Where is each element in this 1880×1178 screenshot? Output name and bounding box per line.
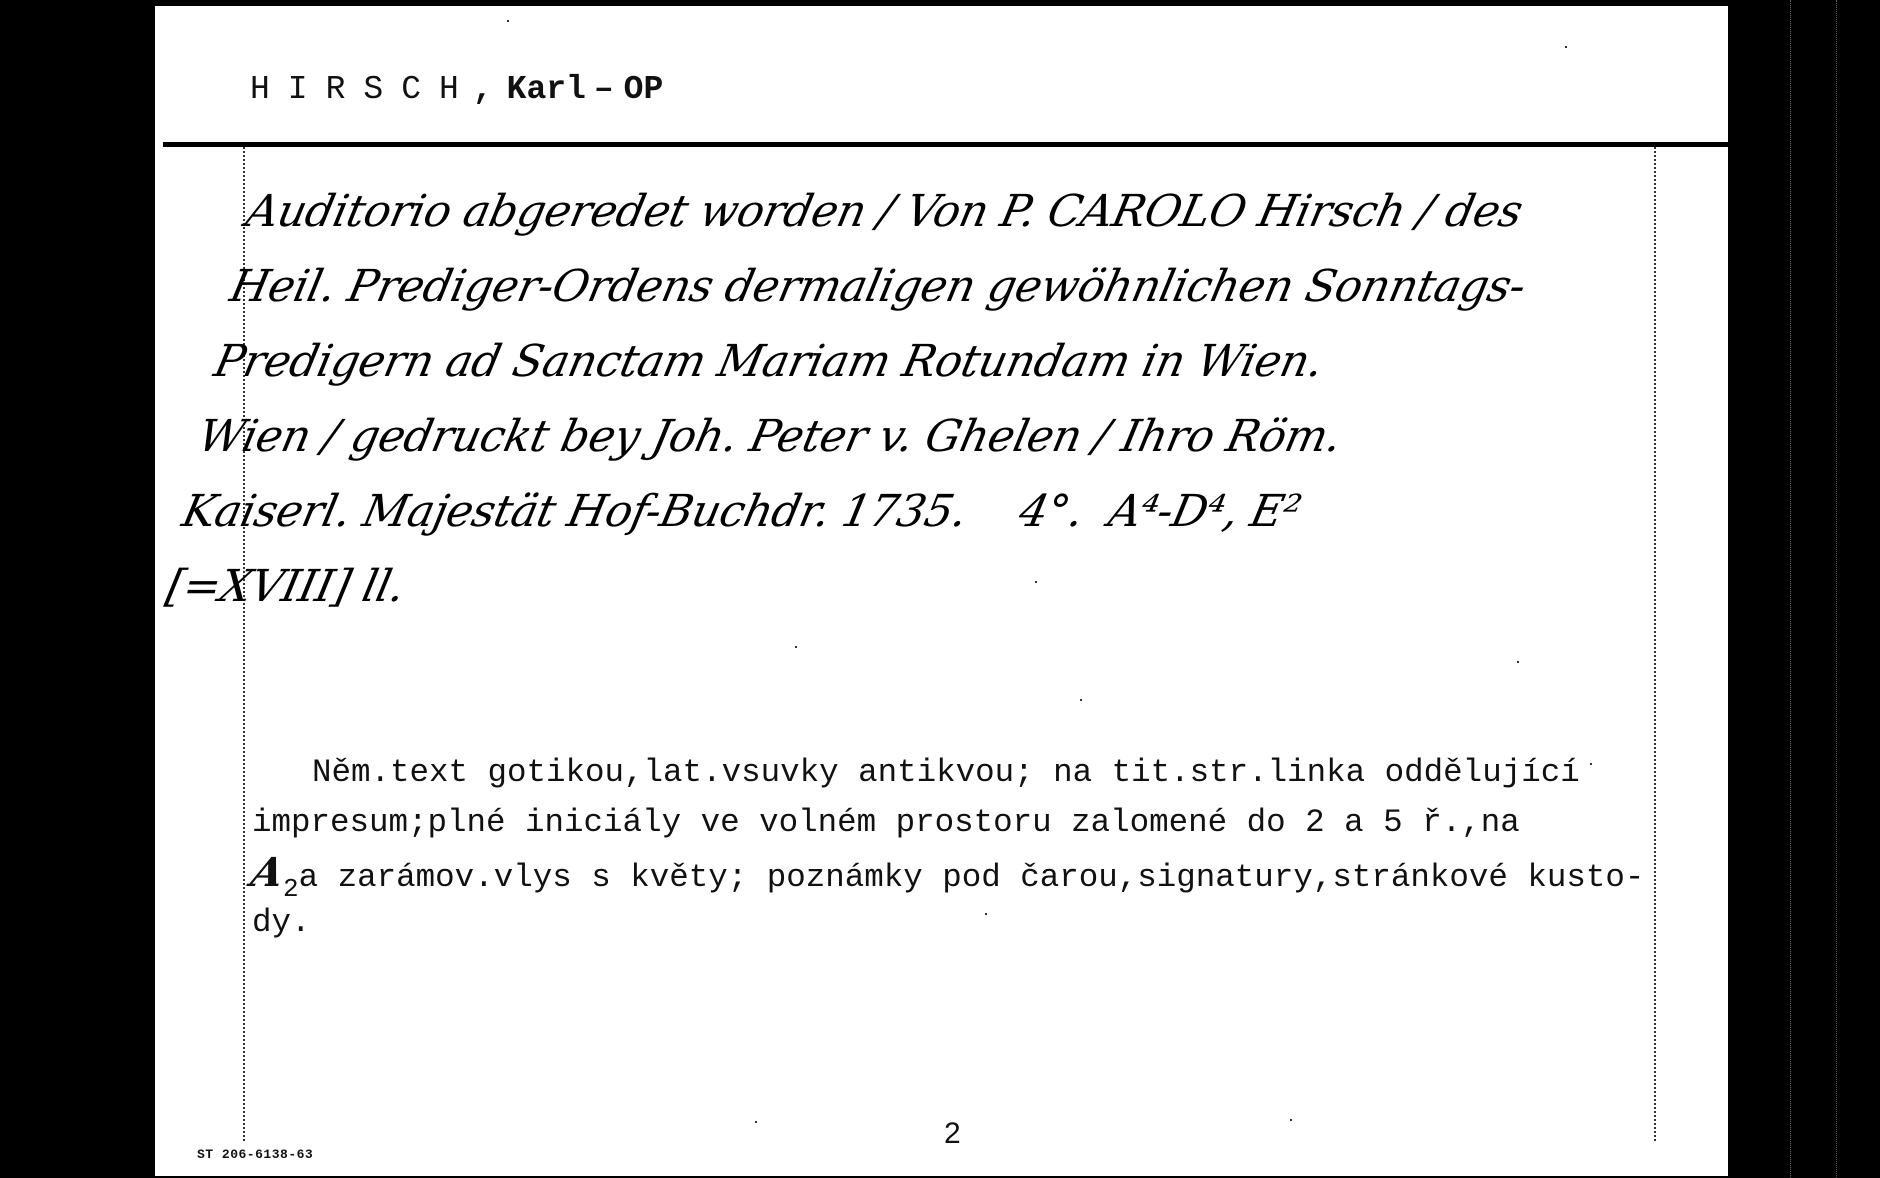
handwritten-line: Predigern ad Sanctam Mariam Rotundam in … <box>207 324 1643 399</box>
scan-speck <box>1290 1119 1292 1121</box>
handwritten-line: Heil. Prediger-Ordens dermaligen gewöhnl… <box>223 249 1659 324</box>
handwritten-title-transcription: Auditorio abgeredet worden / Von P. CARO… <box>159 174 1675 624</box>
handwritten-line: [=XVIII] ll. <box>159 549 1595 624</box>
handwritten-line: Kaiserl. Majestät Hof-Buchdr. 1735. <box>178 486 972 537</box>
scan-speck <box>1080 699 1082 701</box>
right-margin-line <box>1654 147 1656 1141</box>
handwritten-line: Wien / gedruckt bey Joh. Peter v. Ghelen… <box>191 399 1627 474</box>
scan-speck <box>985 913 987 915</box>
religious-order: OP <box>624 71 664 108</box>
form-code: ST 206-6138-63 <box>197 1147 313 1162</box>
heading-divider <box>163 142 1728 147</box>
heading-dash: – <box>594 70 614 110</box>
author-given-name: Karl <box>507 71 586 108</box>
scan-speck <box>1590 763 1592 765</box>
typed-note: Něm.text gotikou,lat.vsuvky antikvou; na… <box>252 748 1732 948</box>
scan-speck <box>755 1121 757 1123</box>
scan-speck <box>507 20 509 22</box>
collation-signatures: A⁴-D⁴, E² <box>1104 486 1305 537</box>
typed-line: Něm.text gotikou,lat.vsuvky antikvou; na… <box>252 748 1732 798</box>
scan-speck <box>1035 581 1037 583</box>
handwritten-line-imprint: Kaiserl. Majestät Hof-Buchdr. 1735. 4°. … <box>175 474 1611 549</box>
author-surname: HIRSCH <box>250 71 477 108</box>
typed-line-rest: a zarámov.vlys s květy; poznámky pod čar… <box>299 859 1645 896</box>
scan-speck <box>1517 661 1519 663</box>
catalog-card: HIRSCH,Karl–OP Auditorio abgeredet worde… <box>155 6 1728 1176</box>
collation-format: 4°. <box>1015 486 1088 537</box>
typed-line-with-initial: A2a zarámov.vlys s květy; poznámky pod č… <box>252 848 1732 898</box>
typed-line: dy. <box>252 898 1732 948</box>
handwritten-line: Auditorio abgeredet worden / Von P. CARO… <box>239 174 1675 249</box>
card-heading: HIRSCH,Karl–OP <box>250 70 663 110</box>
scan-speck <box>795 646 797 648</box>
scan-artifact-column <box>1836 0 1837 1178</box>
page-number: 2 <box>944 1117 961 1151</box>
scan-speck <box>1565 46 1567 48</box>
heading-comma: , <box>473 71 493 108</box>
typed-line: impresum;plné iniciály ve volném prostor… <box>252 798 1732 848</box>
scan-artifact-column <box>1790 0 1791 1178</box>
